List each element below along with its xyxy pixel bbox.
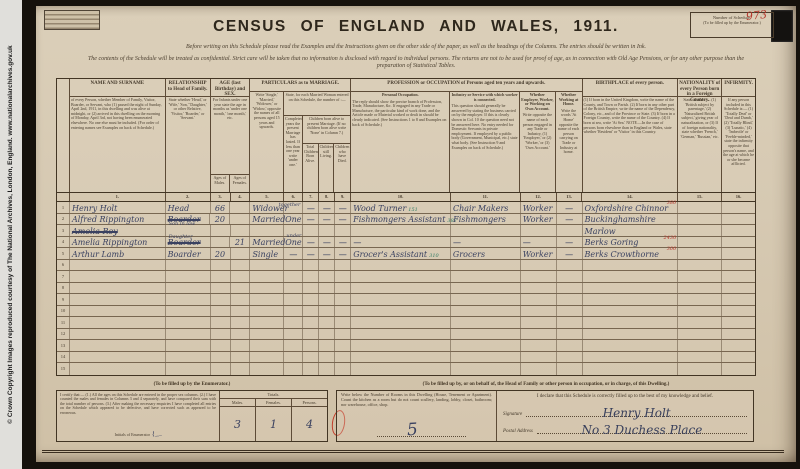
cell-children-born: —	[303, 248, 319, 259]
table-row: 12	[57, 329, 755, 341]
cell-birthplace	[583, 271, 679, 282]
col-employer-title: Whether Employer, Worker, or Working on …	[520, 92, 555, 112]
cell-occupation	[351, 294, 451, 305]
column-number-8: 8.	[319, 193, 335, 201]
column-number-14: 14.	[582, 193, 678, 201]
cell-infirmity	[722, 237, 755, 248]
cell-working-at-home	[557, 340, 583, 351]
cell-years-married: Oneunder	[284, 237, 303, 248]
cell-employer-worker	[521, 294, 557, 305]
col-marriage-write-desc: Write 'Single,' 'Married,' 'Widower,' or…	[250, 92, 284, 192]
table-row: 8	[57, 283, 755, 295]
cell-nationality	[678, 214, 722, 225]
signature-value: Henry Holt	[603, 406, 671, 420]
col-age-males: Ages of Males.	[211, 175, 230, 192]
cell-children-died	[335, 306, 351, 317]
cell-working-at-home	[557, 260, 583, 271]
cell-occupation	[351, 271, 451, 282]
table-row: 5Arthur LambBoarder20Single————Grocer's …	[57, 248, 755, 260]
cell-employer-worker	[521, 271, 557, 282]
head-of-family-box: Write below the Number of Rooms in this …	[336, 390, 754, 442]
col-children-born: Total Children Born Alive.	[303, 144, 319, 192]
cell-industry: —	[451, 237, 521, 248]
cell-years-married	[284, 271, 303, 282]
cell-infirmity	[722, 283, 755, 294]
row-number: 8	[57, 283, 70, 294]
cell-industry	[451, 317, 521, 328]
cell-children-born	[303, 283, 319, 294]
column-number-1: 1.	[70, 193, 166, 201]
col-name-header: NAME AND SURNAME of every Person, whethe…	[70, 79, 166, 192]
column-number-3: 3.	[211, 193, 231, 201]
cell-relationship	[166, 271, 211, 282]
cell-age-male	[211, 363, 231, 375]
cell-name	[70, 271, 166, 282]
cell-industry	[451, 329, 521, 340]
cell-name: Arthur Lamb	[70, 248, 166, 259]
totals-persons-label: Persons.	[292, 399, 327, 406]
col-name-desc: of every Person, whether Member of Famil…	[70, 97, 165, 192]
col-children-died: Children who have Died.	[334, 144, 350, 192]
col-marriage-woman-desc: State, for each Married Woman entered on…	[284, 92, 350, 116]
cell-employer-worker	[521, 340, 557, 351]
name-entry: Henry Holt	[72, 204, 117, 213]
table-row: 13	[57, 340, 755, 352]
cell-occupation	[351, 329, 451, 340]
instruction-line-2: The contents of the Schedule will be tre…	[76, 56, 756, 70]
bottom-double-rule	[42, 450, 784, 453]
cell-birthplace: Oxfordshire Chinnor380	[583, 202, 679, 213]
cell-name	[70, 340, 166, 351]
table-row: 1Henry HoltHead66Widowertogether———Wood …	[57, 202, 755, 214]
col-years-married-desc: Completed years the present Marriage has…	[284, 116, 303, 192]
cell-relationship: BoarderDaughter	[166, 237, 211, 248]
cell-employer-worker	[521, 352, 557, 363]
cell-birthplace	[583, 329, 679, 340]
cell-children-died: —	[335, 202, 351, 213]
cell-children-living	[319, 283, 335, 294]
cell-working-at-home: —	[557, 214, 583, 225]
cell-years-married	[284, 260, 303, 271]
cell-infirmity	[722, 352, 755, 363]
cell-infirmity	[722, 260, 755, 271]
cell-age-male: 20	[211, 248, 231, 259]
cell-children-died: —	[335, 237, 351, 248]
table-body: 1Henry HoltHead66Widowertogether———Wood …	[57, 202, 755, 375]
cell-employer-worker: Worker	[521, 202, 557, 213]
cell-marriage	[250, 306, 284, 317]
col-children-group: Children born alive to present Marriage.…	[303, 116, 350, 192]
col-marriage-subcols: Completed years the present Marriage has…	[284, 116, 350, 192]
cell-occupation: Grocer's Assistant310	[351, 248, 451, 259]
col-employer-desc: Write opposite the name of each person e…	[520, 112, 555, 192]
cell-years-married	[284, 202, 303, 213]
cell-marriage	[250, 352, 284, 363]
cell-employer-worker	[521, 306, 557, 317]
cell-relationship	[166, 283, 211, 294]
col-profession-title: PROFESSION or OCCUPATION of Persons aged…	[351, 79, 581, 92]
cell-working-at-home	[557, 329, 583, 340]
cell-age-female	[231, 225, 251, 236]
cell-working-at-home	[557, 352, 583, 363]
cell-employer-worker	[521, 329, 557, 340]
certify-text-wrap: I certify that:— (1.) All the ages on th…	[57, 391, 219, 441]
cell-birthplace: Berks Goring2430	[583, 237, 679, 248]
cell-children-living	[319, 363, 335, 375]
cell-working-at-home	[557, 363, 583, 375]
cell-children-living	[319, 352, 335, 363]
cell-age-female	[231, 352, 251, 363]
cell-relationship: Boarder	[166, 248, 211, 259]
col-occupation-desc: The reply should show the precise branch…	[351, 99, 449, 192]
declaration-text: I declare that this Schedule is correctl…	[503, 394, 747, 400]
cell-children-living	[319, 294, 335, 305]
initials-row: Initials of Enumerator ⌇﹏	[60, 429, 216, 439]
row-number: 4	[57, 237, 70, 248]
cell-infirmity	[722, 363, 755, 375]
cell-age-male	[211, 329, 231, 340]
cell-marriage	[250, 329, 284, 340]
col-children-subcols: Total Children Born Alive. Children stil…	[303, 144, 350, 192]
cell-children-died	[335, 352, 351, 363]
cell-nationality	[678, 260, 722, 271]
table-row: 10	[57, 306, 755, 318]
cell-relationship	[166, 329, 211, 340]
cell-birthplace: Buckinghamshire	[583, 214, 679, 225]
cell-years-married	[284, 283, 303, 294]
cell-age-male: 20	[210, 214, 230, 225]
cell-children-died	[335, 260, 351, 271]
cell-marriage: Single	[250, 248, 284, 259]
cell-years-married	[284, 306, 303, 317]
enumerator-box: I certify that:— (1.) All the ages on th…	[56, 390, 328, 442]
cell-name: Alfred Rippington	[70, 214, 166, 225]
cell-children-born	[303, 306, 319, 317]
cell-age-male	[211, 237, 231, 248]
totals-females-value: 1	[270, 420, 277, 429]
col-children-living: Children still Living.	[319, 144, 335, 192]
cell-age-female	[231, 317, 251, 328]
cell-nationality	[678, 352, 722, 363]
row-number: 10	[57, 306, 70, 317]
cell-occupation	[351, 340, 451, 351]
birthplace-clerk-code: 300	[667, 246, 677, 252]
cell-occupation: Wood Turner151	[351, 202, 451, 213]
table-header: NAME AND SURNAME of every Person, whethe…	[57, 79, 755, 193]
cell-infirmity	[722, 271, 755, 282]
column-number-7: 7.	[303, 193, 319, 201]
cell-name	[70, 363, 166, 375]
cell-age-male	[211, 283, 231, 294]
table-row: 2Alfred RippingtonBoarderSon in law20Mar…	[57, 214, 755, 226]
cell-birthplace	[583, 363, 679, 375]
col-birthplace-header: BIRTHPLACE of every person. (1) If born …	[583, 79, 679, 192]
cell-children-born: —	[303, 214, 319, 225]
cell-age-female	[230, 202, 250, 213]
cell-occupation: —	[351, 237, 451, 248]
cell-relationship	[166, 294, 211, 305]
cell-name	[70, 352, 166, 363]
cell-industry: Grocers	[451, 248, 521, 259]
enumerator-initials-mark: ⌇﹏	[150, 428, 162, 439]
row-number: 1	[57, 202, 70, 213]
name-entry: Arthur Lamb	[72, 250, 124, 259]
cell-age-male	[211, 340, 231, 351]
cell-nationality	[678, 271, 722, 282]
row-number: 6	[57, 260, 70, 271]
cell-children-living	[319, 260, 335, 271]
cell-marriage: Married	[250, 237, 284, 248]
col-relationship-header: RELATIONSHIP to Head of Family. State wh…	[166, 79, 211, 192]
col-birthplace-desc: (1) If born in the United Kingdom, write…	[583, 97, 678, 192]
cell-working-at-home: —	[557, 237, 583, 248]
column-number-13: 13.	[557, 193, 583, 201]
cell-children-born	[303, 294, 319, 305]
row-number: 15	[57, 363, 70, 375]
cell-working-at-home: —	[557, 202, 583, 213]
cell-industry	[451, 306, 521, 317]
cell-marriage	[250, 363, 284, 375]
cell-industry	[451, 352, 521, 363]
rooms-value: 5	[406, 420, 418, 441]
cell-nationality	[678, 225, 722, 236]
cell-children-died	[335, 363, 351, 375]
cell-nationality	[678, 363, 722, 375]
rooms-answer-line	[377, 436, 466, 437]
cell-children-living: —	[319, 202, 335, 213]
cell-infirmity	[722, 306, 755, 317]
cell-relationship	[166, 363, 211, 375]
copyright-strip: © Crown Copyright Images reproduced cour…	[0, 0, 22, 469]
col-infirmity-desc: If any person included in this Schedule …	[722, 97, 755, 192]
cell-name	[70, 317, 166, 328]
cell-relationship	[166, 352, 211, 363]
name-entry: Alfred Rippington	[72, 215, 144, 224]
col-children-desc: Children born alive to present Marriage.…	[303, 116, 350, 144]
column-number-11: 11.	[451, 193, 521, 201]
col-age-subheaders: Ages of Males. Ages of Females.	[211, 174, 250, 192]
cell-age-male: 66	[211, 202, 231, 213]
cell-children-living: —	[319, 248, 335, 259]
row-number: 9	[57, 294, 70, 305]
birthplace-clerk-code: 2430	[664, 235, 677, 241]
cell-children-died	[335, 225, 351, 236]
cell-nationality	[678, 202, 722, 213]
cell-occupation	[351, 352, 451, 363]
years-married-annotation: under	[286, 233, 301, 239]
cell-years-married: One	[284, 214, 303, 225]
cell-age-female	[231, 363, 251, 375]
cell-age-female	[231, 260, 251, 271]
relationship-entry: Boarder	[168, 250, 201, 259]
col-age-header: AGE (last Birthday) and SEX. For Infants…	[211, 79, 251, 192]
cell-industry	[451, 294, 521, 305]
signature-label: Signature	[503, 412, 522, 417]
cell-name	[70, 329, 166, 340]
totals-labels: Males. Females. Persons.	[220, 399, 327, 407]
cell-age-male	[211, 225, 231, 236]
cell-age-female	[231, 340, 251, 351]
cell-age-male	[211, 306, 231, 317]
totals-table: Totals. Males. Females. Persons. 3 1 4	[219, 391, 327, 441]
cell-relationship	[166, 306, 211, 317]
col-athome-desc: Write the words 'At Home' opposite the n…	[556, 108, 582, 192]
cell-working-at-home	[557, 283, 583, 294]
ncell-blank	[57, 193, 70, 201]
cell-marriage	[250, 294, 284, 305]
col-infirmity-title: INFIRMITY.	[722, 79, 755, 97]
col-employer-header: Whether Employer, Worker, or Working on …	[520, 92, 556, 192]
cell-age-male	[211, 317, 231, 328]
enumerator-section-label: (To be filled up by the Enumerator.)	[56, 382, 328, 387]
cell-age-male	[211, 260, 231, 271]
col-marriage-right: State, for each Married Woman entered on…	[284, 92, 350, 192]
cell-marriage	[250, 260, 284, 271]
cell-relationship	[166, 260, 211, 271]
cell-infirmity	[722, 329, 755, 340]
cell-marriage: Married	[250, 214, 284, 225]
instruction-line-1: Before writing on this Schedule please r…	[76, 44, 756, 51]
cell-name	[70, 294, 166, 305]
cell-name: Amelia Rey	[70, 225, 166, 236]
cell-employer-worker	[521, 317, 557, 328]
cell-children-living: —	[319, 214, 335, 225]
cell-birthplace	[583, 294, 679, 305]
cell-infirmity	[722, 340, 755, 351]
cell-children-born	[303, 317, 319, 328]
cell-children-born	[303, 340, 319, 351]
cell-marriage	[250, 283, 284, 294]
copyright-text: © Crown Copyright Images reproduced cour…	[0, 0, 22, 469]
cell-children-died	[335, 317, 351, 328]
cell-working-at-home: —	[557, 248, 583, 259]
cell-children-living	[319, 329, 335, 340]
cell-birthplace	[583, 306, 679, 317]
col-occupation-header: Personal Occupation. The reply should sh…	[351, 92, 450, 192]
census-form-paper: Number of Schedule. (To be filled up by …	[36, 6, 796, 462]
cell-employer-worker: Worker	[521, 214, 557, 225]
totals-persons-value: 4	[306, 420, 313, 429]
cell-age-female	[231, 283, 251, 294]
totals-males-value: 3	[234, 420, 241, 429]
col-marriage-title: PARTICULARS as to MARRIAGE.	[250, 79, 350, 92]
declaration-box: I declare that this Schedule is correctl…	[497, 391, 753, 441]
cell-infirmity	[722, 214, 755, 225]
column-number-10: 10.	[351, 193, 451, 201]
occupation-clerk-code: 310	[429, 253, 439, 259]
cell-children-born: —	[303, 237, 319, 248]
column-number-2: 2.	[166, 193, 211, 201]
col-relationship-desc: State whether 'Head,' or 'Wife,' 'Son,' …	[166, 97, 210, 192]
cell-occupation	[351, 225, 451, 236]
cell-infirmity	[722, 317, 755, 328]
cell-name: Amelia Rippington	[70, 237, 166, 248]
cell-relationship: Head	[166, 202, 211, 213]
col-profession-subcols: Personal Occupation. The reply should sh…	[351, 92, 581, 192]
cell-children-died: —	[335, 214, 351, 225]
cell-nationality	[678, 329, 722, 340]
cell-years-married	[284, 294, 303, 305]
column-number-4: 4.	[231, 193, 251, 201]
col-name-title: NAME AND SURNAME	[70, 79, 165, 97]
table-row: 14	[57, 352, 755, 364]
cell-infirmity	[722, 202, 755, 213]
signature-row: Signature Henry Holt	[503, 404, 747, 417]
cell-years-married	[284, 352, 303, 363]
cell-occupation	[351, 283, 451, 294]
cell-years-married	[284, 363, 303, 375]
cell-nationality	[678, 317, 722, 328]
col-industry-header: Industry or Service with which worker is…	[450, 92, 520, 192]
col-athome-title: Whether Working at Home.	[556, 92, 582, 108]
cell-relationship	[166, 340, 211, 351]
name-entry: Amelia Rippington	[72, 238, 147, 247]
cell-working-at-home	[557, 294, 583, 305]
column-number-strip: 1.2.3.4.5.6.7.8.9.10.11.12.13.14.15.16.	[57, 193, 755, 202]
col-infirmity-header: INFIRMITY. If any person included in thi…	[722, 79, 755, 192]
birthplace-clerk-code: 380	[667, 200, 677, 206]
cell-relationship: BoarderSon in law	[166, 214, 211, 225]
cell-employer-worker	[521, 363, 557, 375]
column-number-15: 15.	[678, 193, 722, 201]
cell-name	[70, 306, 166, 317]
cell-industry: Fishmongers	[451, 214, 521, 225]
cell-employer-worker: Worker	[521, 248, 557, 259]
cell-birthplace: Berks Crowthorne300	[583, 248, 679, 259]
cell-employer-worker	[521, 283, 557, 294]
cell-children-died	[335, 340, 351, 351]
row-number: 14	[57, 352, 70, 363]
cell-children-born	[303, 225, 319, 236]
cell-infirmity	[722, 225, 755, 236]
table-row: 3Amelia ReyMarlow	[57, 225, 755, 237]
cell-children-living	[319, 340, 335, 351]
cell-marriage	[250, 271, 284, 282]
table-row: 4Amelia RippingtonBoarderDaughter21Marri…	[57, 237, 755, 249]
cell-children-born	[303, 352, 319, 363]
col-industry-title: Industry or Service with which worker is…	[450, 92, 519, 103]
cell-industry	[451, 260, 521, 271]
col-nationality-desc: State whether:— (1) 'British subject by …	[678, 97, 721, 192]
cell-marriage	[250, 317, 284, 328]
col-rownum-header	[57, 79, 70, 192]
col-relationship-title: RELATIONSHIP to Head of Family.	[166, 79, 210, 97]
row-number: 3	[57, 225, 70, 236]
cell-occupation: Fishmongers Assistant387	[351, 214, 451, 225]
cell-occupation	[351, 260, 451, 271]
cell-marriage	[250, 225, 284, 236]
cell-children-living	[319, 225, 335, 236]
cell-age-female	[231, 294, 251, 305]
cell-occupation	[351, 317, 451, 328]
table-row: 6	[57, 260, 755, 272]
table-row: 9	[57, 294, 755, 306]
row-number: 7	[57, 271, 70, 282]
cell-occupation	[351, 363, 451, 375]
cell-name	[70, 283, 166, 294]
scanned-census-document: © Crown Copyright Images reproduced cour…	[0, 0, 800, 469]
postal-address-label: Postal Address	[503, 429, 533, 434]
cell-children-born	[303, 363, 319, 375]
col-nationality-title: NATIONALITY of every Person born in a Fo…	[678, 79, 721, 97]
cell-industry	[451, 283, 521, 294]
cell-children-living: —	[319, 237, 335, 248]
census-table: NAME AND SURNAME of every Person, whethe…	[56, 78, 756, 376]
relationship-correction: Daughter	[169, 234, 193, 240]
cell-years-married: —	[284, 248, 303, 259]
cell-age-female	[231, 271, 251, 282]
head-of-family-section-label: (To be filled up by, or on behalf of, th…	[336, 382, 756, 387]
